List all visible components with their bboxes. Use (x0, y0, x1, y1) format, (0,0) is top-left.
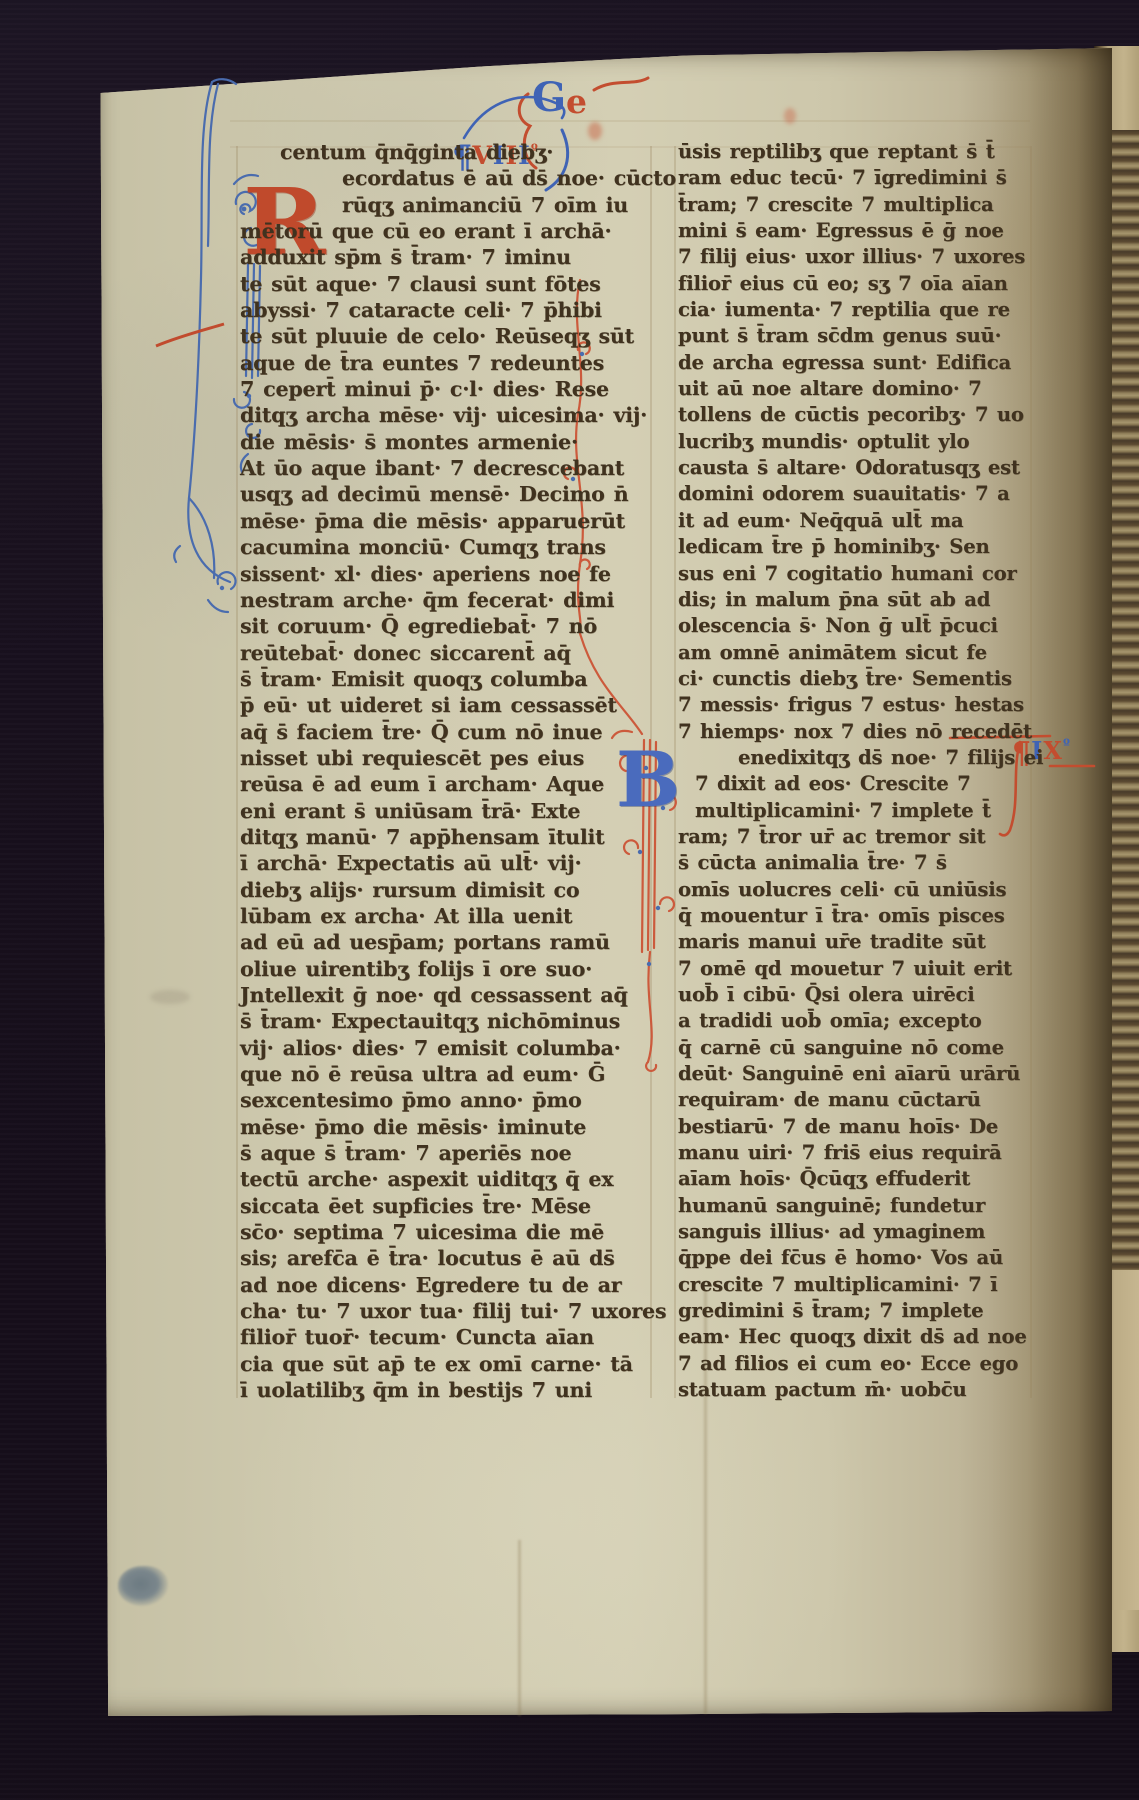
text-line: crescite 7 multiplicamini· 7 ī (678, 1272, 1030, 1298)
text-line: filior̄ eius cū eo; sʒ 7 oīa aīan (678, 271, 1030, 297)
text-line: uob̄ ī cibū· Q̄si olera uirēci (678, 982, 1030, 1008)
text-line: filior̄ tuor̄· tecum· Cuncta aīan (240, 1324, 644, 1350)
text-line: vij· alios· dies· 7 emisit columba· (240, 1035, 644, 1061)
text-line: omīs uolucres celi· cū uniūsis (678, 877, 1030, 903)
text-line: cia que sūt ap̄ te ex omī carne· tā (240, 1351, 644, 1377)
text-line: gredimini s̄ t̄ram; 7 implete (678, 1298, 1030, 1324)
text-line: usqʒ ad decimū mensē· Decimo n̄ (240, 481, 644, 507)
text-line: cia· iumenta· 7 reptilia que re (678, 297, 1030, 323)
text-line: adduxit sp̄m s̄ t̄ram· 7 iminu (240, 244, 644, 270)
text-line: sis; arefc̄a ē t̄ra· locutus ē aū ds̄ (240, 1245, 644, 1271)
text-line: s̄ aque s̄ t̄ram· 7 aperiēs noe (240, 1140, 644, 1166)
text-line: ram; 7 t̄ror ur̄ ac tremor sit (678, 824, 1030, 850)
text-line: manu uiri· 7 fris̄ eius requirā (678, 1140, 1030, 1166)
chapter-viii-flourish (460, 80, 570, 142)
text-line: 7 filij eius· uxor illius· 7 uxores (678, 244, 1030, 270)
text-line: lūbam ex archa· At illa uenit (240, 903, 644, 929)
text-line: Jntellexit ḡ noe· qd cessassent aq̄ (240, 982, 644, 1008)
text-line: rūqʒ animanciū 7 oīm iu (240, 192, 644, 218)
text-line: olescencia s̄· Non ḡ ult̄ p̄cuci (678, 613, 1030, 639)
text-line: deūt· Sanguinē eni aīarū urārū (678, 1061, 1030, 1087)
text-line: de archa egressa sunt· Edifica (678, 350, 1030, 376)
text-line: eam· Hec quoqʒ dixit ds̄ ad noe (678, 1324, 1030, 1350)
text-line: aq̄ s̄ faciem t̄re· Q̄ cum nō inue (240, 719, 644, 745)
text-line: punt s̄ t̄ram sc̄dm genus suū· (678, 323, 1030, 349)
text-column-right: ūsis reptilibʒ que reptant s̄ t̄ram educ… (678, 139, 1030, 1404)
parchment-crease-left (518, 1540, 521, 1716)
text-line: centum q̄nq̄ginta diebʒ· (240, 139, 644, 165)
text-line: multiplicamini· 7 implete t̄ (678, 798, 1030, 824)
text-line: ecordatus ē aū ds̄ noe· cūcto (240, 165, 644, 191)
text-line: eni erant s̄ uniūsam t̄rā· Exte (240, 798, 644, 824)
text-line: t̄ram; 7 crescite 7 multiplica (678, 192, 1030, 218)
text-line: s̄ cūcta animalia t̄re· 7 s̄ (678, 850, 1030, 876)
text-line: 7 ad filios ei cum eo· Ecce ego (678, 1351, 1030, 1377)
text-line: s̄ t̄ram· Expectauitqʒ nichōminus (240, 1008, 644, 1034)
text-line: 7 messis· frigus 7 estus· hestas (678, 692, 1030, 718)
photograph-backdrop: G e ¶VIIIº ¶IXº R B centum q̄nq̄ginta di… (0, 0, 1139, 1800)
text-line: abyssi· 7 cataracte celi· 7 p̄hibi (240, 297, 644, 323)
text-line: 7 cepert̄ minui p̄· c·l· dies· Rese (240, 376, 644, 402)
red-offset-smudge (588, 122, 602, 140)
text-line: sissent· xl· dies· aperiens noe fe (240, 561, 644, 587)
text-line: At ūo aque ibant· 7 decrescebant (240, 455, 644, 481)
text-line: humanū sanguinē; fundetur (678, 1193, 1030, 1219)
text-line: nestram arche· q̄m fecerat· dimi (240, 587, 644, 613)
text-line: cha· tu· 7 uxor tua· filij tui· 7 uxores (240, 1298, 644, 1324)
text-line: causta s̄ altare· Odoratusqʒ est (678, 455, 1030, 481)
margin-smudge (150, 990, 190, 1004)
text-line: p̄ eū· ut uideret si iam cessassēt (240, 692, 644, 718)
text-line: sanguis illius· ad ymaginem (678, 1219, 1030, 1245)
text-line: cacumina monciū· Cumqʒ trans (240, 534, 644, 560)
text-line: te sūt aque· 7 clausi sunt fōtes (240, 271, 644, 297)
text-line: 7 dixit ad eos· Crescite 7 (678, 771, 1030, 797)
text-line: sc̄o· septima 7 uicesima die mē (240, 1219, 644, 1245)
text-line: ad noe dicens· Egredere tu de ar (240, 1272, 644, 1298)
text-line: uit aū noe altare domino· 7 (678, 376, 1030, 402)
text-line: enedixitqʒ ds̄ noe· 7 filijs ei (678, 745, 1030, 771)
text-line: aque de t̄ra euntes 7 redeuntes (240, 350, 644, 376)
text-line: q̄ mouentur ī t̄ra· omīs pisces (678, 903, 1030, 929)
text-line: die mēsis· s̄ montes armenie· (240, 429, 644, 455)
text-line: s̄ t̄ram· Emisit quoqʒ columba (240, 666, 644, 692)
text-line: q̄ carnē cū sanguine nō come (678, 1035, 1030, 1061)
text-line: am omnē animātem sicut fe (678, 640, 1030, 666)
text-line: nisset ubi requiescēt pes eius (240, 745, 644, 771)
text-line: reūtebat̄· donec siccarent̄ aq̄ (240, 640, 644, 666)
text-line: it ad eum· Neq̄quā ult̄ ma (678, 508, 1030, 534)
text-line: 7 omē qd mouetur 7 uiuit erit (678, 956, 1030, 982)
text-line: reūsa ē ad eum ī archam· Aque (240, 771, 644, 797)
text-line: ī uolatilibʒ q̄m in bestijs 7 uni (240, 1377, 644, 1403)
text-line: tectū arche· aspexit uiditqʒ q̄ ex (240, 1166, 644, 1192)
text-column-left: centum q̄nq̄ginta diebʒ·ecordatus ē aū d… (240, 139, 644, 1404)
text-line: ledicam t̄re p̄ hominibʒ· Sen (678, 534, 1030, 560)
text-line: ad eū ad uesp̄am; portans ramū (240, 929, 644, 955)
text-line: sit coruum· Q̄ egrediebat̄· 7 nō (240, 613, 644, 639)
text-line: lucribʒ mundis· optulit ylo (678, 429, 1030, 455)
text-line: requiram· de manu cūctarū (678, 1087, 1030, 1113)
text-line: mēse· p̄mo die mēsis· iminute (240, 1114, 644, 1140)
text-line: ci· cunctis diebʒ t̄re· Sementis (678, 666, 1030, 692)
red-offset-smudge (784, 108, 796, 124)
text-line: q̄ppe dei fc̄us ē homo· Vos aū (678, 1245, 1030, 1271)
text-line: mētorū que cū eo erant ī archā· (240, 218, 644, 244)
text-line: sexcentesimo p̄mo anno· p̄mo (240, 1087, 644, 1113)
text-line: oliue uirentibʒ folijs ī ore suo· (240, 956, 644, 982)
text-line: ditqʒ archa mēse· vij· uicesima· vij· (240, 402, 644, 428)
text-line: ī archā· Expectatis aū ult̄· vij· (240, 850, 644, 876)
text-line: tollens de cūctis pecoribʒ· 7 uo (678, 402, 1030, 428)
text-line: mini s̄ eam· Egressus ē ḡ noe (678, 218, 1030, 244)
text-line: mēse· p̄ma die mēsis· apparuerūt (240, 508, 644, 534)
text-line: maris manui ur̄e tradite sūt (678, 929, 1030, 955)
text-line: diebʒ alijs· rursum dimisit co (240, 877, 644, 903)
text-line: 7 hiemps· nox 7 dies nō recedēt (678, 719, 1030, 745)
text-line: que nō ē reūsa ultra ad eum· Ḡ (240, 1061, 644, 1087)
text-line: ūsis reptilibʒ que reptant s̄ t̄ (678, 139, 1030, 165)
text-line: te sūt pluuie de celo· Reūseqʒ sūt (240, 323, 644, 349)
text-line: domini odorem suauitatis· 7 a (678, 481, 1030, 507)
text-line: siccata ēet supficies t̄re· Mēse (240, 1193, 644, 1219)
text-line: dis; in malum p̄na sūt ab ad (678, 587, 1030, 613)
text-line: ditqʒ manū· 7 app̄hensam ītulit (240, 824, 644, 850)
text-line: ram educ tecū· 7 īgredimini s̄ (678, 165, 1030, 191)
text-line: aīam hoīs· Q̄cūqʒ effuderit (678, 1166, 1030, 1192)
text-line: sus eni 7 cogitatio humani cor (678, 561, 1030, 587)
text-line: a tradidi uob̄ omīa; excepto (678, 1008, 1030, 1034)
text-line: bestiarū· 7 de manu hoīs· De (678, 1114, 1030, 1140)
text-line: statuam pactum m̄· uobc̄u (678, 1377, 1030, 1403)
